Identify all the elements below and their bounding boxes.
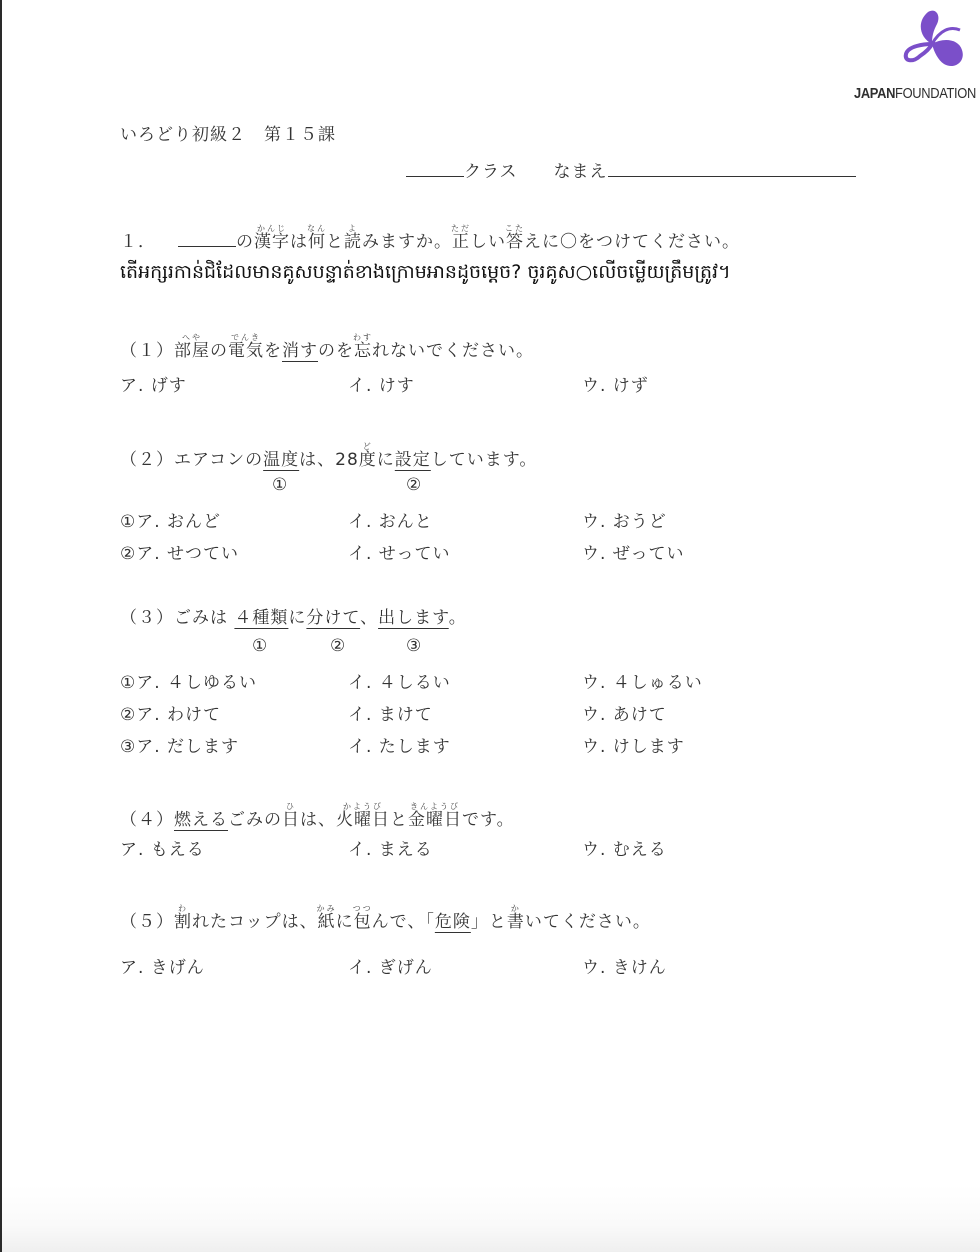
question-3: （３）ごみは ４種類に分けて、出します。 — [120, 603, 467, 628]
section-number: １． — [120, 232, 156, 252]
q3-1-option-u[interactable]: ウ. ４しゅるい — [582, 668, 703, 693]
q1-option-a[interactable]: ア. げす — [120, 371, 187, 396]
q5-option-i[interactable]: イ. ぎげん — [348, 953, 433, 978]
q2-1-option-i[interactable]: イ. おんと — [348, 507, 433, 532]
name-label: なまえ — [554, 162, 608, 182]
marker-2: ② — [330, 636, 345, 656]
instruction-japanese: １．の漢字かんじは何なんと読よみますか。正ただしい答こたえに〇をつけてください。 — [120, 224, 740, 252]
lesson-title: いろどり初級２ 第１５課 — [120, 120, 336, 145]
target-word-1: ４種類 — [234, 608, 288, 628]
class-label: クラス — [464, 162, 518, 182]
question-4: （４）燃えるごみの日ひは、火曜日かようびと金曜日きんようびです。 — [120, 802, 515, 830]
name-blank[interactable] — [608, 160, 856, 177]
target-word: 燃える — [174, 810, 228, 830]
q5-option-a[interactable]: ア. きげん — [120, 953, 205, 978]
target-word-2: 分けて — [306, 608, 360, 628]
class-name-line: クラスなまえ — [406, 157, 856, 182]
target-word-2: 設定 — [395, 450, 431, 470]
q4-option-i[interactable]: イ. まえる — [348, 835, 433, 860]
example-blank — [178, 230, 236, 247]
japan-foundation-logo: JAPANFOUNDATION — [852, 8, 972, 104]
class-blank[interactable] — [406, 160, 464, 177]
q4-option-a[interactable]: ア. もえる — [120, 835, 205, 860]
question-1: （１）部屋へやの電気でんきを消すのを忘わすれないでください。 — [120, 333, 534, 361]
marker-1: ① — [272, 475, 287, 495]
q3-2-option-u[interactable]: ウ. あけて — [582, 700, 667, 725]
target-word: 消す — [282, 341, 318, 361]
target-word: 危険 — [435, 912, 471, 932]
target-word-1: 温度 — [263, 450, 299, 470]
brand-name: JAPANFOUNDATION — [854, 85, 976, 102]
marker-2: ② — [406, 475, 421, 495]
question-5: （５）割われたコップは、紙かみに包つつんで、「危険」と書かいてください。 — [120, 904, 651, 932]
q3-2-option-a[interactable]: ②ア. わけて — [120, 700, 221, 725]
q5-option-u[interactable]: ウ. きけん — [582, 953, 667, 978]
q2-1-option-a[interactable]: ①ア. おんど — [120, 507, 221, 532]
q1-option-i[interactable]: イ. けす — [348, 371, 415, 396]
target-word-3: 出します — [378, 608, 449, 628]
question-2: （２）エアコンの温度は、28度どに設定しています。 — [120, 442, 537, 470]
q2-1-option-u[interactable]: ウ. おうど — [582, 507, 667, 532]
q2-2-option-u[interactable]: ウ. ぜってい — [582, 539, 684, 564]
marker-1: ① — [252, 636, 267, 656]
q3-3-option-a[interactable]: ③ア. だします — [120, 732, 239, 757]
q2-2-option-i[interactable]: イ. せってい — [348, 539, 450, 564]
q1-option-u[interactable]: ウ. けず — [582, 371, 649, 396]
worksheet-page: JAPANFOUNDATION いろどり初級２ 第１５課 クラスなまえ １．の漢… — [0, 0, 980, 1252]
q2-2-option-a[interactable]: ②ア. せつてい — [120, 539, 239, 564]
q3-2-option-i[interactable]: イ. まけて — [348, 700, 433, 725]
q3-3-option-u[interactable]: ウ. けします — [582, 732, 685, 757]
q3-1-option-i[interactable]: イ. ４しるい — [348, 668, 451, 693]
q3-1-option-a[interactable]: ①ア. ４しゆるい — [120, 668, 257, 693]
butterfly-icon — [902, 8, 966, 78]
q4-option-u[interactable]: ウ. むえる — [582, 835, 667, 860]
q3-3-option-i[interactable]: イ. たします — [348, 732, 451, 757]
instruction-khmer: តើអក្សរកាន់ជិដែលមានគូសបន្ទាត់ខាងក្រោមអាន… — [120, 260, 731, 288]
marker-3: ③ — [406, 636, 421, 656]
